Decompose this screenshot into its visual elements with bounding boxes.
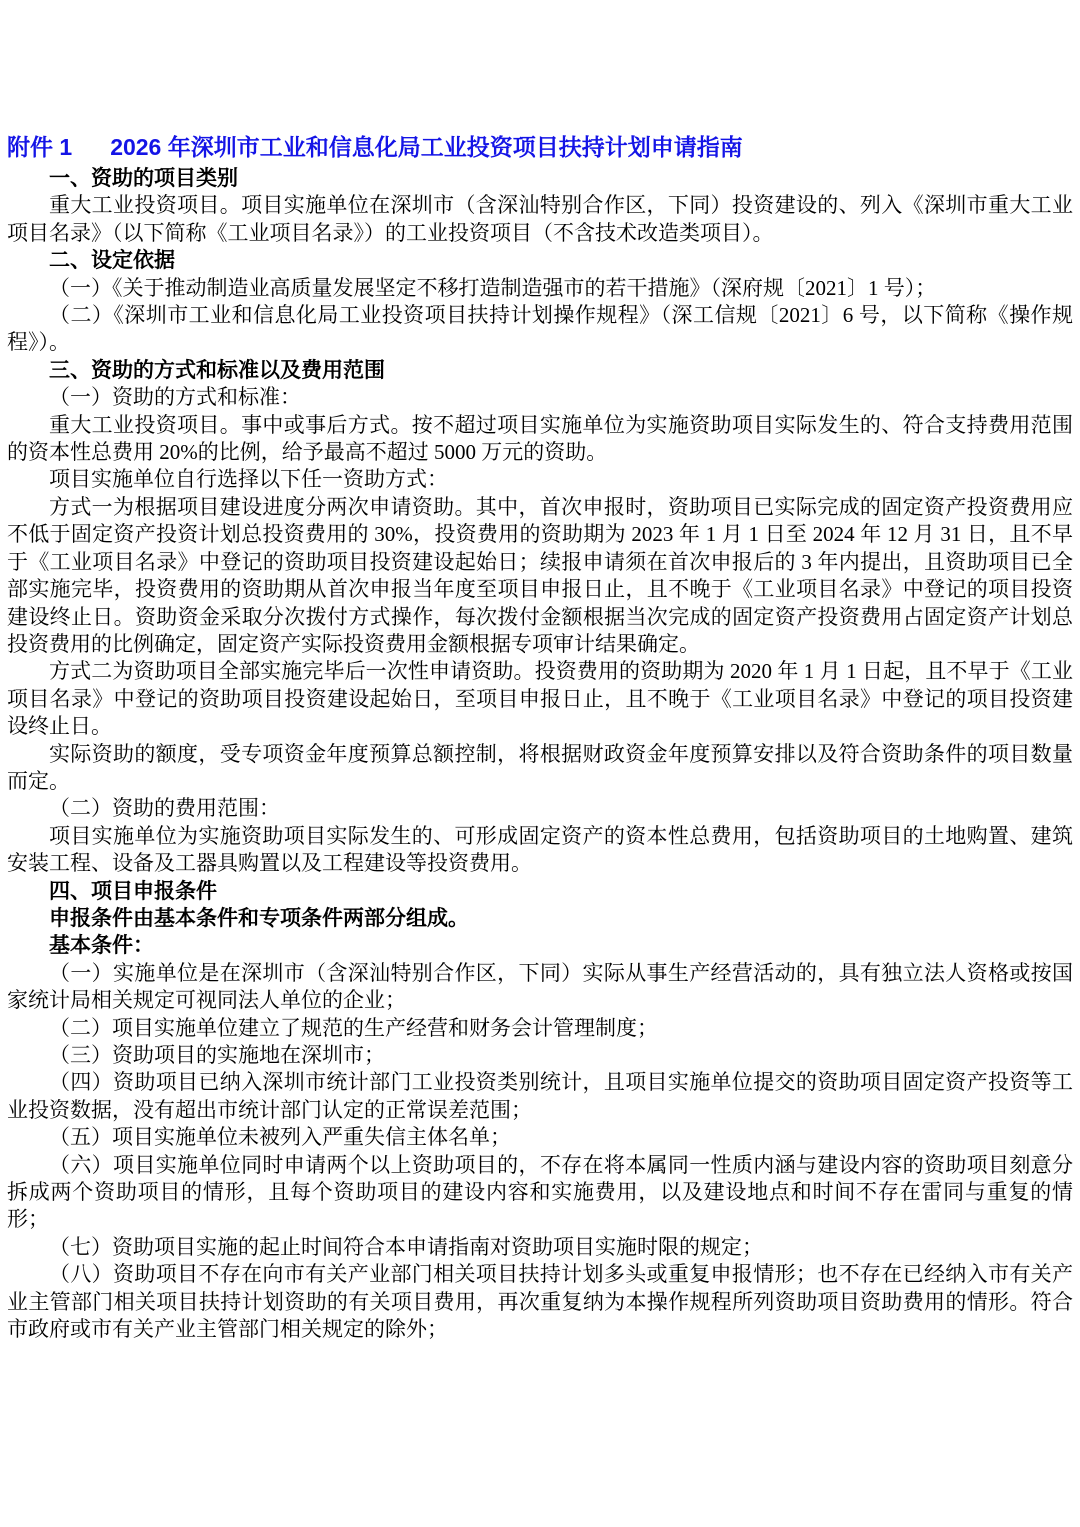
paragraph: 实际资助的额度，受专项资金年度预算总额控制，将根据财政资金年度预算安排以及符合资…: [7, 741, 1073, 796]
paragraph: （四）资助项目已纳入深圳市统计部门工业投资类别统计，且项目实施单位提交的资助项目…: [7, 1069, 1073, 1124]
section-heading: 四、项目申报条件: [7, 878, 1073, 905]
paragraph: （二）资助的费用范围：: [7, 795, 1073, 822]
paragraph: （八）资助项目不存在向市有关产业部门相关项目扶持计划多头或重复申报情形；也不存在…: [7, 1261, 1073, 1343]
paragraph: （七）资助项目实施的起止时间符合本申请指南对资助项目实施时限的规定；: [7, 1234, 1073, 1261]
document-title-line: 附件 12026 年深圳市工业和信息化局工业投资项目扶持计划申请指南: [7, 132, 1073, 162]
paragraph: （六）项目实施单位同时申请两个以上资助项目的，不存在将本属同一性质内涵与建设内容…: [7, 1152, 1073, 1234]
document-body: 一、资助的项目类别重大工业投资项目。项目实施单位在深圳市（含深汕特别合作区，下同…: [7, 165, 1073, 1343]
section-heading: 基本条件：: [7, 932, 1073, 959]
paragraph: （一）实施单位是在深圳市（含深汕特别合作区，下同）实际从事生产经营活动的，具有独…: [7, 960, 1073, 1015]
paragraph: 重大工业投资项目。项目实施单位在深圳市（含深汕特别合作区，下同）投资建设的、列入…: [7, 192, 1073, 247]
section-heading: 一、资助的项目类别: [7, 165, 1073, 192]
page-title: 2026 年深圳市工业和信息化局工业投资项目扶持计划申请指南: [110, 134, 743, 160]
paragraph: 重大工业投资项目。事中或事后方式。按不超过项目实施单位为实施资助项目实际发生的、…: [7, 412, 1073, 467]
paragraph: （一）《关于推动制造业高质量发展坚定不移打造制造强市的若干措施》（深府规〔202…: [7, 275, 1073, 302]
paragraph: 方式二为资助项目全部实施完毕后一次性申请资助。投资费用的资助期为 2020 年 …: [7, 658, 1073, 740]
paragraph: （二）《深圳市工业和信息化局工业投资项目扶持计划操作规程》（深工信规〔2021〕…: [7, 302, 1073, 357]
section-heading: 二、设定依据: [7, 247, 1073, 274]
paragraph: （二）项目实施单位建立了规范的生产经营和财务会计管理制度；: [7, 1015, 1073, 1042]
section-heading: 申报条件由基本条件和专项条件两部分组成。: [7, 905, 1073, 932]
paragraph: 项目实施单位为实施资助项目实际发生的、可形成固定资产的资本性总费用，包括资助项目…: [7, 823, 1073, 878]
paragraph: （一）资助的方式和标准：: [7, 384, 1073, 411]
paragraph: 项目实施单位自行选择以下任一资助方式：: [7, 466, 1073, 493]
document-page: 附件 12026 年深圳市工业和信息化局工业投资项目扶持计划申请指南 一、资助的…: [0, 0, 1080, 1527]
paragraph: （三）资助项目的实施地在深圳市；: [7, 1042, 1073, 1069]
paragraph: 方式一为根据项目建设进度分两次申请资助。其中，首次申报时，资助项目已实际完成的固…: [7, 494, 1073, 658]
paragraph: （五）项目实施单位未被列入严重失信主体名单；: [7, 1124, 1073, 1151]
attachment-label: 附件 1: [7, 134, 72, 160]
section-heading: 三、资助的方式和标准以及费用范围: [7, 357, 1073, 384]
